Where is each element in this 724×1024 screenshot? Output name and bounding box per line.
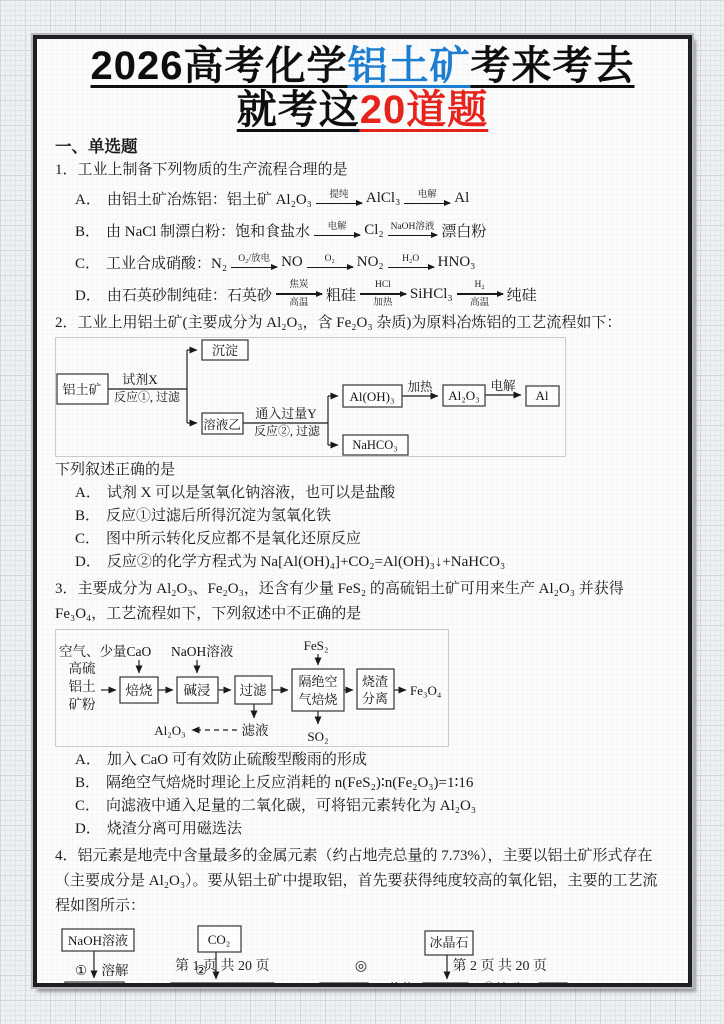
isolated-roast-line1: 隔绝空 [298, 674, 337, 689]
arrow-condition-top: 电解 [415, 190, 440, 201]
q3-flow-diagram: 空气、少量CaO NaOH溶液 FeS₂ 高硫 铝土 矿粉 焙烧 碱浸 过滤 隔… [55, 629, 449, 747]
arrow-shaft [388, 235, 438, 236]
reaction-arrow: HCl加热 [360, 280, 406, 308]
cryolite-label: 冰晶石 [429, 935, 468, 950]
option-label: B． [75, 505, 100, 528]
arrow-condition-bottom: 高温 [467, 298, 492, 309]
reaction-text: Al [454, 190, 469, 207]
option-text: 烧渣分离可用磁选法 [107, 818, 242, 841]
step4-melt-label: ④熔融 [482, 981, 522, 987]
option-text: 反应②的化学方程式为 Na[Al(OH)₄]+CO₂=Al(OH)₃↓+NaHC… [107, 551, 505, 574]
ore-label-line2: 铝土 [69, 678, 96, 694]
arrow-shaft [307, 267, 353, 268]
q3-option-d: D．烧渣分离可用磁选法 [75, 818, 670, 841]
option-text: 向滤液中通入足量的二氧化碳，可将铝元素转化为 Al₂O₃ [106, 795, 476, 818]
q2-option-c: C．图中所示转化反应都不是氧化还原反应 [75, 528, 670, 551]
heat-label: 加热 [407, 379, 433, 394]
arrow-shaft [231, 267, 277, 268]
option-label: B． [75, 220, 100, 241]
q3-stem: 3．主要成分为 Al₂O₃、Fe₂O₃，还含有少量 FeS₂ 的高硫铝土矿可用来… [55, 577, 670, 627]
al-box [539, 983, 567, 987]
q1-option-c: C． 工业合成硝酸：N₂ O₂/放电 NO O₂ NO₂ H₂O HNO₃ [75, 247, 670, 278]
filter1-label: 过滤 [132, 982, 159, 987]
reaction-text: NO₂ [357, 254, 384, 271]
option-text: 隔绝空气焙烧时理论上反应消耗的 n(FeS₂)∶n(Fe₂O₃)=1∶16 [106, 772, 473, 795]
q2-option-d: D．反应②的化学方程式为 Na[Al(OH)₄]+CO₂=Al(OH)₃↓+Na… [75, 551, 670, 574]
q1-option-a: A． 由铝土矿冶炼铝：铝土矿 Al₂O₃ 提纯 AlCl₃ 电解 Al [75, 183, 670, 214]
reaction-text: 由铝土矿冶炼铝：铝土矿 Al₂O₃ [107, 188, 312, 209]
arrow-shaft [276, 293, 322, 294]
filter2-label: 过滤 [283, 982, 310, 987]
reaction-text: 纯硅 [507, 284, 537, 305]
q4-stem: 4．铝元素是地壳中含量最多的金属元素（约占地壳总量的 7.73%），主要以铝土矿… [55, 844, 670, 919]
aloh3-box [320, 983, 368, 987]
arrow-condition-bottom: 加热 [370, 298, 395, 309]
co2-label: CO₂ [208, 932, 231, 947]
bauxite-label: 铝土矿 [62, 382, 101, 397]
arrow-condition-top: 电解 [325, 222, 350, 233]
solution-b-label: 溶液乙 [203, 417, 241, 432]
fe3o4-label: Fe₃O₄ [410, 683, 442, 698]
section-heading: 一、单选题 [55, 136, 670, 157]
alkali-leach-label: 碱浸 [184, 683, 211, 698]
reaction1-filter-label: 反应①, 过滤 [114, 389, 181, 404]
exam-paper: 2026高考化学铝土矿考来考去 就考这20道题 一、单选题 1．工业上制备下列物… [33, 35, 692, 987]
title-line-2: 就考这20道题 [55, 88, 670, 132]
aloh3-label: Al(OH)₃ [350, 389, 395, 404]
reaction-arrow: O₂/放电 [231, 254, 277, 271]
nahco3-label: NaHCO₃ [352, 438, 397, 452]
q2-option-a: A．试剂 X 可以是氢氧化钠溶液，也可以是盐酸 [75, 482, 670, 505]
step1-label: ① [75, 963, 87, 978]
page-footer: 第 1 页 共 20 页 ◎ 第 2 页 共 20 页 [175, 955, 547, 975]
q1-stem: 1．工业上制备下列物质的生产流程合理的是 [55, 159, 670, 182]
reaction2-filter-label: 反应②, 过滤 [254, 423, 321, 438]
title-text-black-2: 考来考去 [470, 44, 634, 88]
question-1: 1．工业上制备下列物质的生产流程合理的是 A． 由铝土矿冶炼铝：铝土矿 Al₂O… [55, 159, 670, 310]
bauxite-box [65, 982, 124, 987]
scanned-exam-page: { "colors":{"title_blue":"#1e7fd2","titl… [0, 0, 724, 1024]
dissolve-label: 溶解 [102, 962, 129, 978]
arrow-condition-top: 提纯 [326, 190, 351, 201]
option-label: B． [75, 772, 100, 795]
reaction-text: HNO₃ [438, 254, 476, 271]
reaction-arrow: 焦炭高温 [276, 280, 322, 308]
so2-label: SO₂ [307, 729, 328, 744]
arrow-condition-bottom: 高温 [286, 298, 311, 309]
q2-option-b: B．反应①过滤后所得沉淀为氢氧化铁 [75, 505, 670, 528]
naaloh4-box [171, 983, 274, 987]
reaction-text: SiHCl₃ [410, 286, 453, 303]
naoh-solution-label: NaOH溶液 [171, 643, 234, 659]
option-label: D． [75, 551, 101, 574]
q2-follow: 下列叙述正确的是 [55, 459, 670, 482]
calcine-label: 灼烧 [389, 981, 415, 987]
reagent-x-label: 试剂X [122, 372, 158, 387]
filtrate-label: 滤液 [242, 722, 269, 738]
al2o3-label: Al₂O₃ [154, 723, 185, 738]
arrow-condition-top: O₂/放电 [235, 254, 273, 265]
arrow-condition-top: H₂O [399, 254, 422, 265]
reaction-text: 由石英砂制纯硅：石英砂 [107, 284, 272, 305]
q3-option-a: A．加入 CaO 可有效防止硫酸型酸雨的形成 [75, 749, 670, 772]
option-label: A． [75, 749, 101, 772]
reaction-arrow: H₂O [388, 254, 434, 271]
question-2: 2．工业上用铝土矿(主要成分为 Al₂O₃，含 Fe₂O₃ 杂质)为原料冶炼铝的… [55, 312, 670, 574]
arrow-condition-top: H₂ [472, 280, 488, 291]
slag-label-line1: 烧渣 [362, 674, 388, 689]
reaction-text: 由 NaCl 制漂白粉：饱和食盐水 [106, 220, 310, 241]
arrow-shaft [404, 203, 450, 204]
option-label: C． [75, 795, 100, 818]
al2o3-box [423, 983, 468, 987]
isolated-roast-line2: 气焙烧 [298, 692, 337, 707]
option-label: D． [75, 818, 101, 841]
footer-page-left: 第 1 页 共 20 页 [175, 955, 270, 975]
arrow-condition-top: 焦炭 [286, 280, 311, 291]
title-text-black-1: 2026高考化学 [91, 44, 348, 88]
precipitate-label: 沉淀 [212, 343, 238, 358]
title-line-1: 2026高考化学铝土矿考来考去 [55, 44, 670, 88]
reaction-arrow: 电解 [314, 222, 360, 239]
arrow-shaft [388, 267, 434, 268]
reaction-text: 漂白粉 [441, 220, 486, 241]
title-text-blue: 铝土矿 [347, 44, 470, 88]
ore-label-line3: 矿粉 [69, 696, 96, 712]
q3-option-b: B．隔绝空气焙烧时理论上反应消耗的 n(FeS₂)∶n(Fe₂O₃)=1∶16 [75, 772, 670, 795]
filter-label: 过滤 [240, 682, 267, 698]
option-label: C． [75, 528, 100, 551]
q2-flow-diagram: 铝土矿 试剂X 反应①, 过滤 沉淀 溶液乙 通入过量Y 反应②, 过滤 Al(… [55, 337, 566, 457]
q3-option-c: C．向滤液中通入足量的二氧化碳，可将铝元素转化为 Al₂O₃ [75, 795, 670, 818]
roast-label: 焙烧 [126, 682, 153, 698]
footer-separator-icon: ◎ [355, 958, 367, 975]
arrow-shaft [316, 203, 362, 204]
slag-label-line2: 分离 [362, 691, 388, 706]
q4-flow-diagram: NaOH溶液 ① 溶解 铝土矿 过滤 CO₂ ② Na[Al(OH)₄]溶液 过… [55, 921, 571, 987]
q1-option-b: B． 由 NaCl 制漂白粉：饱和食盐水 电解 Cl₂ NaOH溶液 漂白粉 [75, 215, 670, 246]
q2-stem: 2．工业上用铝土矿(主要成分为 Al₂O₃，含 Fe₂O₃ 杂质)为原料冶炼铝的… [55, 312, 670, 335]
title-text-red: 20道题 [360, 88, 489, 132]
reaction-arrow: 电解 [404, 190, 450, 207]
reaction-arrow: NaOH溶液 [388, 222, 438, 239]
option-label: D． [75, 284, 101, 305]
arrow-shaft [314, 235, 360, 236]
pass-excess-y-label: 通入过量Y [255, 406, 317, 421]
ore-label-line1: 高硫 [69, 660, 96, 676]
electrolysis-label: 电解 [490, 378, 516, 393]
reaction-text: AlCl₃ [366, 190, 400, 207]
option-label: A． [75, 482, 101, 505]
option-label: A． [75, 188, 101, 209]
reaction-text: Cl₂ [364, 222, 383, 239]
reaction-text: 工业合成硝酸：N₂ [106, 252, 227, 273]
arrow-shaft [457, 293, 503, 294]
title-text-black-3: 就考这 [237, 88, 360, 132]
al2o3-label: Al₂O₃ [448, 388, 479, 403]
reaction-arrow: H₂高温 [457, 280, 503, 308]
option-label: C． [75, 252, 100, 273]
reaction-text: 粗硅 [326, 284, 356, 305]
arrow-condition-top: HCl [372, 280, 394, 291]
naoh-label: NaOH溶液 [68, 933, 128, 948]
fes2-label: FeS₂ [304, 638, 329, 653]
question-3: 3．主要成分为 Al₂O₃、Fe₂O₃，还含有少量 FeS₂ 的高硫铝土矿可用来… [55, 577, 670, 841]
q1-option-d: D． 由石英砂制纯硅：石英砂 焦炭高温 粗硅 HCl加热 SiHCl₃ H₂高温… [75, 279, 670, 310]
option-text: 反应①过滤后所得沉淀为氢氧化铁 [106, 505, 331, 528]
arrow-condition-top: NaOH溶液 [388, 222, 438, 233]
reaction-arrow: 提纯 [316, 190, 362, 207]
option-text: 图中所示转化反应都不是氧化还原反应 [106, 528, 361, 551]
option-text: 试剂 X 可以是氢氧化钠溶液，也可以是盐酸 [107, 482, 395, 505]
reaction-text: NO [281, 254, 303, 271]
footer-page-right: 第 2 页 共 20 页 [453, 955, 548, 975]
air-cao-label: 空气、少量CaO [59, 644, 151, 659]
option-text: 加入 CaO 可有效防止硫酸型酸雨的形成 [107, 749, 367, 772]
al-label: Al [536, 388, 549, 403]
arrow-shaft [360, 293, 406, 294]
document-title: 2026高考化学铝土矿考来考去 就考这20道题 [55, 44, 670, 132]
arrow-condition-top: O₂ [322, 254, 338, 265]
reaction-arrow: O₂ [307, 254, 353, 271]
